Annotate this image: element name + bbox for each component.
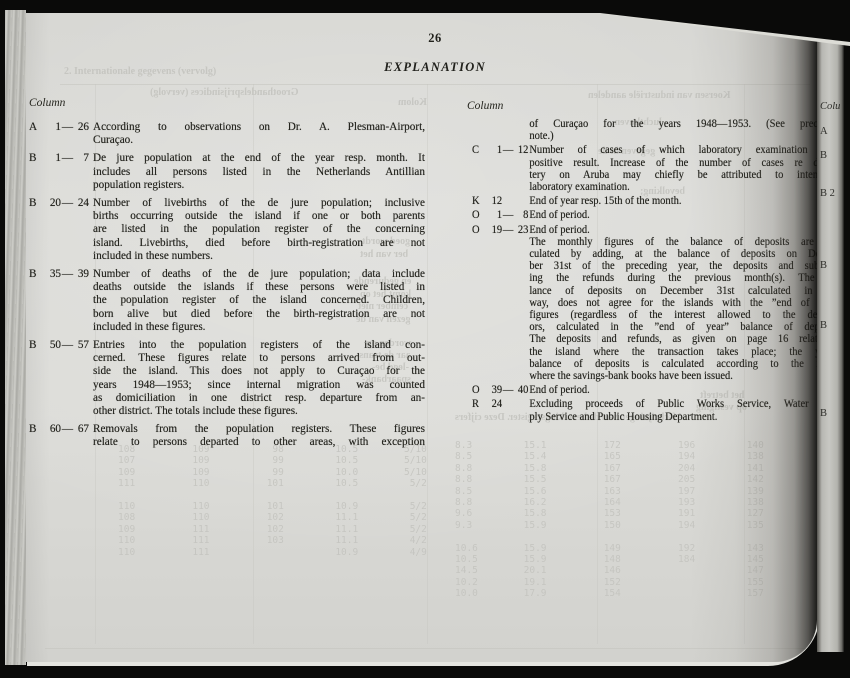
entry-code: B60—67: [29, 423, 93, 449]
entry-code-n2: 39: [74, 268, 89, 334]
column-heading-left: Column: [29, 97, 65, 109]
entry-code-n1: 39: [486, 384, 502, 396]
entry-text: End of period.: [529, 384, 841, 396]
text-line: where the savings-bank books have been i…: [529, 370, 841, 382]
entry-code-letter: R: [472, 398, 486, 422]
entry-code-letter: O: [472, 384, 486, 396]
text-line: The monthly figures of the balance of de…: [529, 236, 841, 248]
explanation-entry: B20—24Number of livebirths of the de jur…: [29, 197, 429, 263]
text-line: The deposits and refunds, as given on pa…: [529, 333, 841, 345]
entry-code-n1: [486, 118, 502, 142]
text-line: as domiciliation in one district resp. d…: [93, 392, 425, 405]
text-line: ing the refunds during the previous mont…: [529, 272, 841, 284]
entry-text: According to observations on Dr. A. Ples…: [93, 121, 425, 147]
entry-text: Number of deaths of the de jure populati…: [93, 268, 425, 334]
ghost-rule-horizontal: [60, 84, 810, 85]
entry-text: of Curaçao for the years 1948—1953. (See…: [529, 118, 841, 142]
entry-code-dash: —: [61, 339, 74, 418]
entry-code-letter: B: [29, 197, 44, 263]
text-line: lance of deposits on December 31st calcu…: [529, 285, 841, 297]
entry-text: De jure population at the end of the yea…: [93, 152, 425, 192]
text-line: ber 31st of the preceding year, the depo…: [529, 260, 841, 272]
text-line: other district. The totals include these…: [93, 405, 425, 418]
entry-code-n1: 1: [44, 152, 61, 192]
book-page-edges-left: [5, 10, 26, 665]
page-title: EXPLANATION: [30, 60, 840, 75]
entry-text: End of period.The monthly figures of the…: [529, 224, 841, 383]
entry-text: Entries into the population registers of…: [93, 339, 425, 418]
entry-code-dash: [502, 118, 514, 142]
text-line: note.): [529, 130, 841, 142]
entry-code-n2: 23: [514, 224, 528, 383]
text-line: According to observations on Dr. A. Ples…: [93, 121, 425, 134]
entry-code-n1: 20: [44, 197, 61, 263]
entry-code-letter: B: [29, 152, 44, 192]
entry-code: A1—26: [29, 121, 93, 147]
entry-code-n1: 1: [44, 121, 61, 147]
entry-text: Number of livebirths of the de jure popu…: [93, 197, 425, 263]
text-line: De jure population at the end of the yea…: [93, 152, 425, 165]
text-line: included in these numbers.: [93, 250, 425, 263]
entry-code-n2: 24: [74, 197, 89, 263]
entry-code-dash: —: [502, 224, 514, 383]
text-line: End of period.: [529, 209, 841, 221]
entry-code-dash: —: [61, 121, 74, 147]
text-line: End of period.: [529, 224, 841, 236]
text-line: the island where the transaction takes p…: [529, 346, 841, 358]
text-line: End of period.: [529, 384, 841, 396]
ghost-text-fragment: Koersen van industriële aandelen: [588, 90, 731, 101]
edge-column-letter: B 2: [820, 188, 846, 199]
entry-code-letter: K: [472, 195, 486, 207]
explanation-entry: A1—26According to observations on Dr. A.…: [29, 121, 429, 147]
text-line: includes all persons listed in the Nethe…: [93, 166, 425, 179]
entry-code-letter: B: [29, 268, 44, 334]
text-line: End of year resp. 15th of the month.: [529, 195, 841, 207]
text-line: deaths outside the islands if these pers…: [93, 281, 425, 294]
edge-column-letter: B: [820, 150, 846, 161]
ghost-number-grid: 108 109 98 10.5 5/10 107 109 99 10.5 5/1…: [118, 444, 427, 558]
entry-code-dash: —: [502, 144, 514, 193]
entry-code-letter: [472, 118, 486, 142]
entry-code-dash: [502, 195, 514, 207]
text-line: of Curaçao for the years 1948—1953. (See…: [529, 118, 841, 130]
entry-code-n1: 19: [486, 224, 502, 383]
entry-code-n1: 60: [44, 423, 61, 449]
edge-column-letter: B: [820, 408, 846, 419]
ghost-text-fragment: Kolom: [398, 97, 427, 108]
text-line: are listed in the population register of…: [93, 223, 425, 236]
entry-text: Excluding proceeds of Public Works Servi…: [529, 398, 841, 422]
entry-code-n2: 26: [74, 121, 89, 147]
entry-code-dash: —: [502, 209, 514, 221]
entry-text: Removals from the population registers. …: [93, 423, 425, 449]
entry-code-n2: 7: [74, 152, 89, 192]
entry-code-n2: 40: [514, 384, 528, 396]
entry-code-n1: 1: [486, 144, 502, 193]
entry-code-n1: 50: [44, 339, 61, 418]
entry-code: B20—24: [29, 197, 93, 263]
entry-code-n2: 57: [74, 339, 89, 418]
page-number: 26: [30, 31, 840, 46]
edge-column-letter: Colu: [820, 101, 846, 112]
text-line: Curaçao.: [93, 134, 425, 147]
entry-code-letter: C: [472, 144, 486, 193]
entry-code: [472, 118, 529, 142]
entry-code: R24: [472, 398, 529, 422]
text-line: laboratory examination.: [529, 181, 841, 193]
text-line: Number of livebirths of the de jure popu…: [93, 197, 425, 210]
text-line: Number of deaths of the de jure populati…: [93, 268, 425, 281]
text-line: culated by adding, at the balance of dep…: [529, 248, 841, 260]
entry-code-dash: [502, 398, 514, 422]
entry-code-n1: 24: [486, 398, 502, 422]
explanation-entry: O1—8End of period.: [472, 209, 848, 221]
explanation-entry: O39—40End of period.: [472, 384, 848, 396]
entry-code-n2: [514, 195, 528, 207]
entry-code-n2: [514, 118, 528, 142]
text-line: balance of deposits is calculated accord…: [529, 358, 841, 370]
scanned-book-photo: 2. Internationale gegevens (vervolg)Groo…: [0, 0, 850, 678]
entry-code-letter: O: [472, 224, 486, 383]
text-line: Removals from the population registers. …: [93, 423, 425, 436]
explanation-entry: of Curaçao for the years 1948—1953. (See…: [472, 118, 848, 142]
entry-text: Number of cases of which laboratory exam…: [529, 144, 841, 193]
entry-code: B1—7: [29, 152, 93, 192]
entry-code: O1—8: [472, 209, 529, 221]
entry-code-letter: B: [29, 423, 44, 449]
text-line: Entries into the population registers of…: [93, 339, 425, 352]
entry-code-n1: 35: [44, 268, 61, 334]
entry-code: B50—57: [29, 339, 93, 418]
entry-text: End of period.: [529, 209, 841, 221]
ghost-number-grid: 8.3 15.1 172 196 140 112 8.5 15.4 165 19…: [455, 440, 838, 600]
explanation-entry: B50—57Entries into the population regist…: [29, 339, 429, 418]
explanation-entry: K12End of year resp. 15th of the month.: [472, 195, 848, 207]
explanation-entry: R24Excluding proceeds of Public Works Se…: [472, 398, 848, 422]
entry-code-dash: —: [61, 152, 74, 192]
text-line: ply Service and Public Housing Departmen…: [529, 411, 841, 423]
explanation-column-left: A1—26According to observations on Dr. A.…: [29, 121, 429, 455]
entry-code: O39—40: [472, 384, 529, 396]
entry-code-letter: B: [29, 339, 44, 418]
entry-code: K12: [472, 195, 529, 207]
text-line: included in these figures.: [93, 321, 425, 334]
explanation-entry: B1—7De jure population at the end of the…: [29, 152, 429, 192]
explanation-column-right: of Curaçao for the years 1948—1953. (See…: [472, 118, 848, 425]
text-line: side the island. This does not apply to …: [93, 365, 425, 378]
text-line: years 1948—1953; since internal migratio…: [93, 379, 425, 392]
text-line: the population register of the island co…: [93, 294, 425, 307]
text-line: relate to persons departed to other area…: [93, 436, 425, 449]
ghost-rule-horizontal: [45, 648, 807, 649]
entry-text: End of year resp. 15th of the month.: [529, 195, 841, 207]
text-line: Excluding proceeds of Public Works Servi…: [529, 398, 841, 410]
text-line: positive result. Increase of the number …: [529, 157, 841, 169]
edge-column-letter: B: [820, 260, 846, 271]
text-line: way, does not agree for the islands with…: [529, 297, 841, 309]
entry-code-letter: A: [29, 121, 44, 147]
text-line: born alive but died before the birth-reg…: [93, 308, 425, 321]
entry-code-dash: —: [61, 268, 74, 334]
edge-column-letter: A: [820, 126, 846, 137]
entry-code-n1: 12: [486, 195, 502, 207]
entry-code-dash: —: [502, 384, 514, 396]
entry-code-n2: [514, 398, 528, 422]
text-line: figures (regardless of the interest allo…: [529, 309, 841, 321]
text-line: population registers.: [93, 179, 425, 192]
explanation-entry: O19—23End of period.The monthly figures …: [472, 224, 848, 383]
column-heading-right: Column: [467, 100, 503, 112]
explanation-entry: B60—67Removals from the population regis…: [29, 423, 429, 449]
entry-code-n2: 67: [74, 423, 89, 449]
entry-code: B35—39: [29, 268, 93, 334]
text-line: tery on Aruba may chiefly be attributed …: [529, 169, 841, 181]
text-line: island. Livebirths, died before birth-re…: [93, 237, 425, 250]
entry-code-n2: 8: [514, 209, 528, 221]
text-line: Number of cases of which laboratory exam…: [529, 144, 841, 156]
entry-code: C1—12: [472, 144, 529, 193]
entry-code-letter: O: [472, 209, 486, 221]
explanation-entry: B35—39Number of deaths of the de jure po…: [29, 268, 429, 334]
ghost-text-fragment: Groothandelsprijsindices (vervolg): [150, 87, 298, 98]
edge-column-letter: B: [820, 320, 846, 331]
entry-code-n2: 12: [514, 144, 528, 193]
text-line: cerned. These figures relate to persons …: [93, 352, 425, 365]
text-line: ors, calculated in the ”end of year” bal…: [529, 321, 841, 333]
entry-code-n1: 1: [486, 209, 502, 221]
entry-code-dash: —: [61, 423, 74, 449]
entry-code: O19—23: [472, 224, 529, 383]
entry-code-dash: —: [61, 197, 74, 263]
text-line: births occurring outside the island if o…: [93, 210, 425, 223]
explanation-entry: C1—12Number of cases of which laboratory…: [472, 144, 848, 193]
